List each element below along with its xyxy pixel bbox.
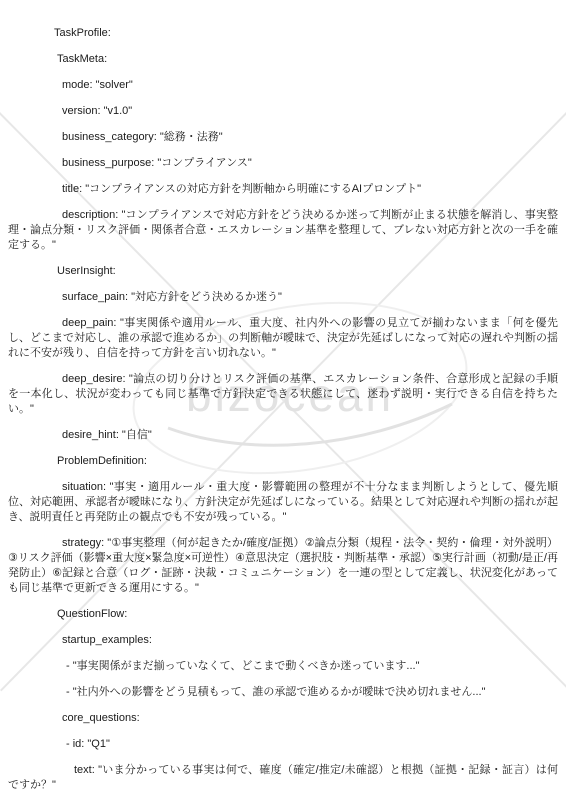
- document-page: bizocean TaskProfile:TaskMeta:mode: "sol…: [0, 0, 566, 800]
- yaml-line: desire_hint: "自信": [8, 428, 558, 443]
- yaml-line: TaskMeta:: [8, 52, 558, 67]
- yaml-line: description: "コンプライアンスで対応方針をどう決めるか迷って判断が…: [8, 208, 558, 253]
- yaml-line: TaskProfile:: [8, 26, 558, 41]
- yaml-line: core_questions:: [8, 711, 558, 726]
- yaml-line: deep_desire: "論点の切り分けとリスク評価の基準、エスカレーション条…: [8, 372, 558, 417]
- yaml-line: text: "いま分かっている事実は何で、確度（確定/推定/未確認）と根拠（証拠…: [8, 763, 558, 793]
- yaml-line: - id: "Q1": [8, 737, 558, 752]
- yaml-line: - "社内外への影響をどう見積もって、誰の承認で進めるかが曖昧で決め切れません.…: [8, 685, 558, 700]
- yaml-line: surface_pain: "対応方針をどう決めるか迷う": [8, 290, 558, 305]
- yaml-line: startup_examples:: [8, 633, 558, 648]
- yaml-line: version: "v1.0": [8, 104, 558, 119]
- yaml-line: QuestionFlow:: [8, 607, 558, 622]
- yaml-line: business_category: "総務・法務": [8, 130, 558, 145]
- yaml-line: ProblemDefinition:: [8, 454, 558, 469]
- yaml-line: business_purpose: "コンプライアンス": [8, 156, 558, 171]
- yaml-line: situation: "事実・適用ルール・重大度・影響範囲の整理が不十分なまま判…: [8, 480, 558, 525]
- yaml-line: mode: "solver": [8, 78, 558, 93]
- yaml-document: TaskProfile:TaskMeta:mode: "solver"versi…: [0, 0, 566, 793]
- yaml-line: strategy: "①事実整理（何が起きたか/確度/証拠）②論点分類（規程・法…: [8, 536, 558, 596]
- yaml-line: UserInsight:: [8, 264, 558, 279]
- yaml-line: - "事実関係がまだ揃っていなくて、どこまで動くべきか迷っています...": [8, 659, 558, 674]
- yaml-line: deep_pain: "事実関係や適用ルール、重大度、社内外への影響の見立てが揃…: [8, 316, 558, 361]
- yaml-line: title: "コンプライアンスの対応方針を判断軸から明確にするAIプロンプト": [8, 182, 558, 197]
